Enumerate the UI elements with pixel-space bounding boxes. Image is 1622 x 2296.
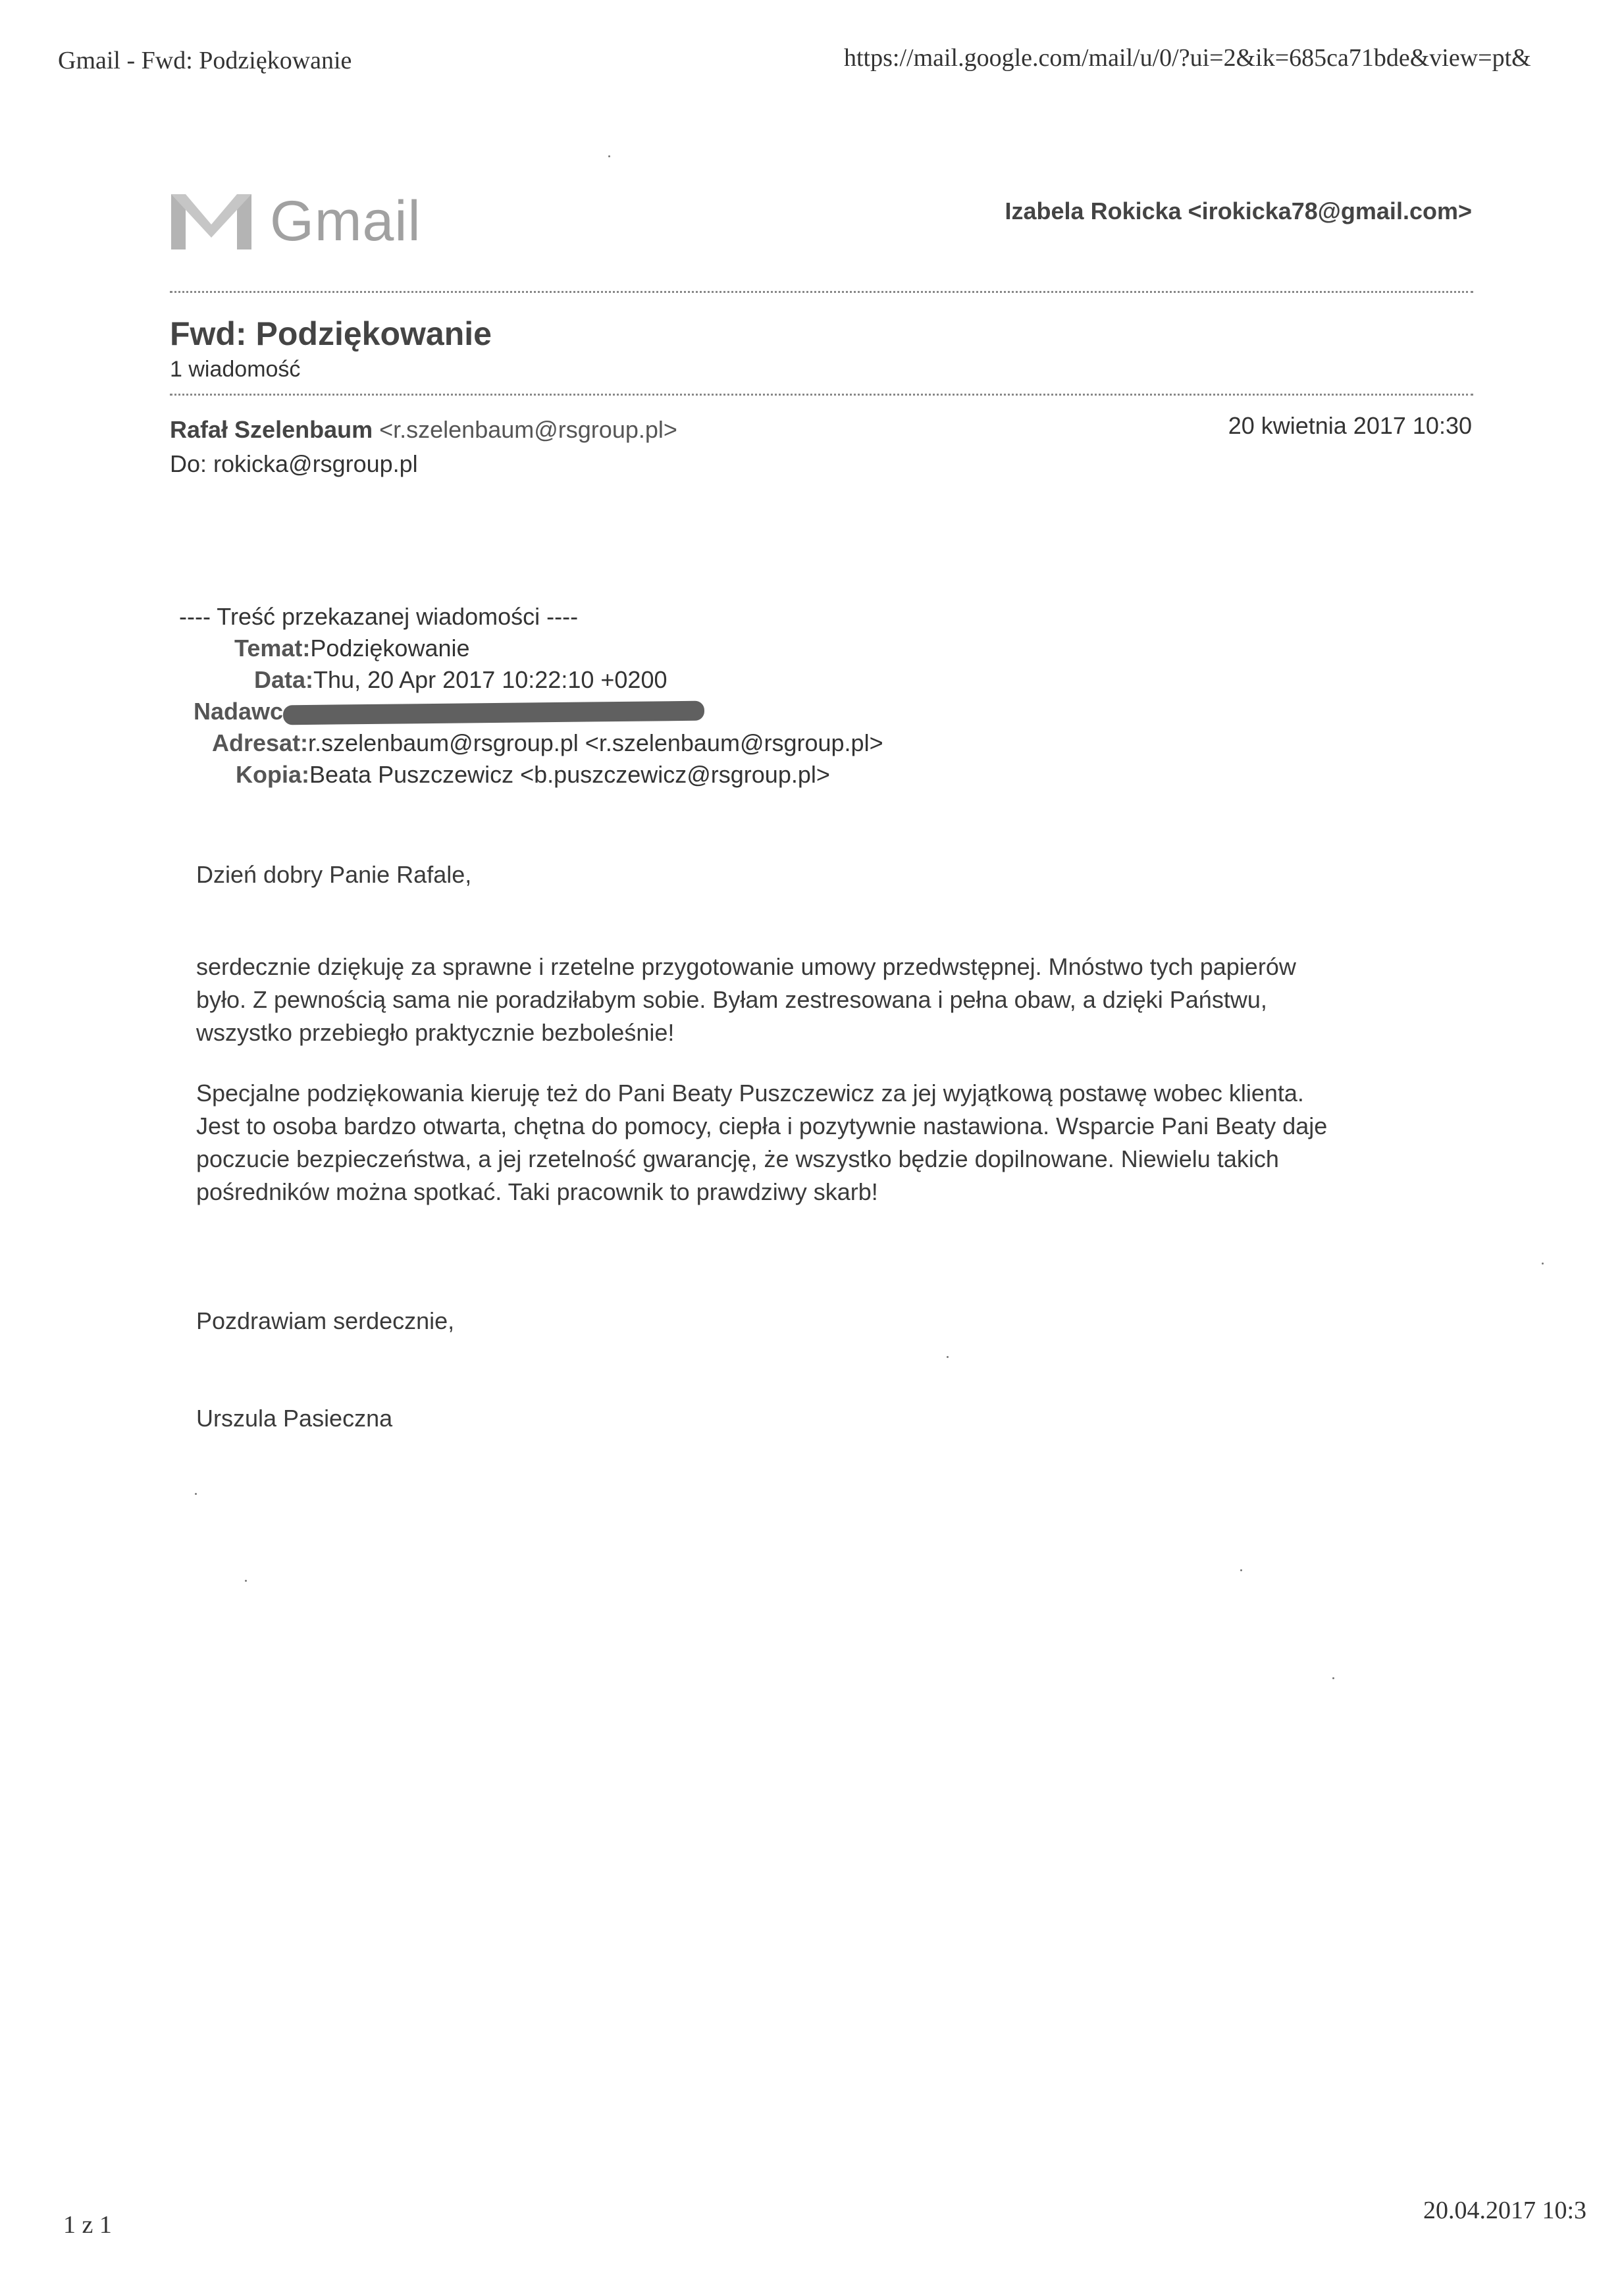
- scan-speck: [1332, 1677, 1334, 1679]
- forwarded-to: Adresat:r.szelenbaum@rsgroup.pl <r.szele…: [212, 729, 883, 757]
- account-identity: Izabela Rokicka <irokicka78@gmail.com>: [1005, 197, 1472, 225]
- scan-speck: [1240, 1569, 1242, 1571]
- forwarded-to-label: Adresat:: [212, 729, 308, 756]
- scan-speck: [195, 1493, 197, 1495]
- forwarded-subject-value: Podziękowanie: [310, 635, 469, 662]
- forwarded-cc-label: Kopia:: [236, 761, 309, 788]
- body-line: było. Z pewnością sama nie poradziłabym …: [196, 983, 1447, 1016]
- forwarded-from: Nadawc: [194, 698, 704, 725]
- thread-subject: Fwd: Podziękowanie: [170, 315, 492, 353]
- forwarded-cc-value: Beata Puszczewicz <b.puszczewicz@rsgroup…: [309, 761, 830, 788]
- forwarded-cc: Kopia:Beata Puszczewicz <b.puszczewicz@r…: [236, 761, 830, 789]
- scan-speck: [245, 1580, 247, 1582]
- forwarded-from-label: Nadawc: [194, 698, 283, 725]
- body-line: serdecznie dziękuję za sprawne i rzeteln…: [196, 951, 1447, 983]
- print-timestamp: 20.04.2017 10:3: [1423, 2196, 1586, 2225]
- forwarded-separator: ---- Treść przekazanej wiadomości ----: [179, 603, 578, 631]
- forwarded-date-value: Thu, 20 Apr 2017 10:22:10 +0200: [313, 666, 667, 693]
- message-recipient: Do: rokicka@rsgroup.pl: [170, 450, 418, 478]
- forwarded-date: Data:Thu, 20 Apr 2017 10:22:10 +0200: [254, 666, 667, 694]
- gmail-logo: Gmail: [170, 190, 421, 253]
- sender-address: <r.szelenbaum@rsgroup.pl>: [379, 416, 677, 443]
- print-page-number: 1 z 1: [63, 2210, 112, 2239]
- scan-speck: [1542, 1263, 1544, 1265]
- gmail-m-icon: [170, 192, 253, 251]
- forwarded-subject-label: Temat:: [234, 635, 310, 662]
- body-closing: Pozdrawiam serdecznie,: [196, 1305, 1447, 1338]
- forwarded-to-value: r.szelenbaum@rsgroup.pl <r.szelenbaum@rs…: [308, 729, 883, 756]
- body-line: pośredników można spotkać. Taki pracowni…: [196, 1176, 1447, 1209]
- body-paragraph-1: serdecznie dziękuję za sprawne i rzeteln…: [196, 951, 1447, 1049]
- body-line: poczucie bezpieczeństwa, a jej rzetelnoś…: [196, 1143, 1447, 1176]
- print-page-url: https://mail.google.com/mail/u/0/?ui=2&i…: [844, 43, 1531, 72]
- body-line: wszystko przebiegło praktycznie bezboleś…: [196, 1016, 1447, 1049]
- print-page-title: Gmail - Fwd: Podziękowanie: [58, 46, 352, 75]
- scan-speck: [947, 1356, 949, 1358]
- sender-name: Rafał Szelenbaum: [170, 416, 373, 443]
- forwarded-date-label: Data:: [254, 666, 313, 693]
- body-paragraph-2: Specjalne podziękowania kieruję też do P…: [196, 1077, 1447, 1209]
- header-divider: [170, 291, 1473, 293]
- body-line: Specjalne podziękowania kieruję też do P…: [196, 1077, 1447, 1110]
- body-greeting: Dzień dobry Panie Rafale,: [196, 858, 1447, 891]
- scan-speck: [608, 155, 610, 157]
- redaction-mark: [283, 701, 704, 725]
- body-signature: Urszula Pasieczna: [196, 1402, 1447, 1435]
- body-line: Jest to osoba bardzo otwarta, chętna do …: [196, 1110, 1447, 1143]
- message-count: 1 wiadomość: [170, 357, 300, 382]
- message-date: 20 kwietnia 2017 10:30: [1228, 412, 1472, 440]
- thread-divider: [170, 394, 1473, 396]
- gmail-logo-text: Gmail: [270, 189, 421, 254]
- message-sender: Rafał Szelenbaum <r.szelenbaum@rsgroup.p…: [170, 416, 677, 444]
- forwarded-subject: Temat:Podziękowanie: [234, 635, 470, 662]
